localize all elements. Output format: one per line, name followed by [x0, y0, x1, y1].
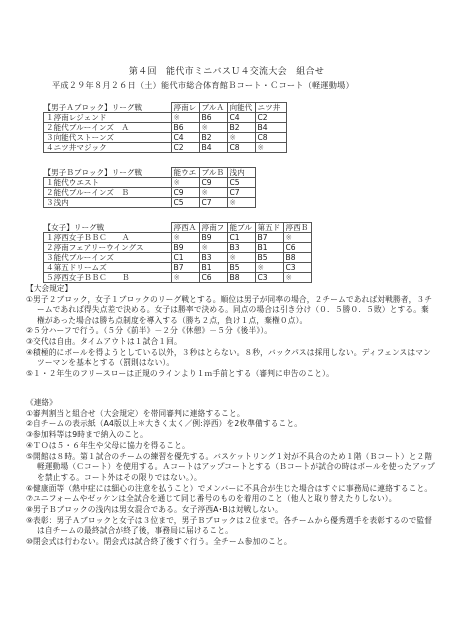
document-title: 第４回 能代市ミニバスＵ４交流大会 組合せ — [0, 64, 453, 77]
contact-heading: 《連絡》 — [26, 398, 436, 409]
cell: ※ — [199, 243, 227, 253]
rules-heading: 【大会規定】 — [26, 284, 434, 295]
rule-item: ⑤１・２年生のフリースローは正規のラインより１ｍ手前とする（審判に申告のこと）。 — [26, 369, 434, 380]
column-header: 能ウエ — [171, 168, 199, 178]
table-row: ３浅内 C5 C7 ※ — [44, 198, 256, 208]
cell: C4 — [227, 113, 255, 123]
column-header: 第五ド — [255, 223, 283, 233]
team-name: １渟南レジェンド — [44, 113, 172, 123]
cell: B5 — [255, 253, 283, 263]
team-name: ２能代ブルーインズ Ａ — [44, 123, 172, 133]
cell: B7 — [171, 263, 199, 273]
team-name: ５渟西女子ＢＢＣ Ｂ — [44, 273, 172, 283]
table-row: ５渟西女子ＢＢＣ Ｂ ※ C6 B8 C3 ※ — [44, 273, 312, 283]
cell: B4 — [199, 143, 227, 153]
cell: ※ — [171, 233, 199, 243]
table-label: 【男子Ａブロック】リーグ戦 — [44, 103, 172, 113]
team-name: １能代ウエスト — [44, 178, 172, 188]
cell: ※ — [171, 273, 199, 283]
cell: B3 — [199, 253, 227, 263]
contact-item: ⑥健康面等（熱中症には細心の注意を払うこと）でメンバーに不具合が生じた場合はすぐ… — [26, 484, 436, 495]
table-label: 【女子】リーグ戦 — [44, 223, 172, 233]
cell: C5 — [171, 198, 199, 208]
contact-item: ②自チームの表示紙（A4版以上＊大きく太く／例:渟西）を2枚準備すること。 — [26, 419, 436, 430]
girls-table: 【女子】リーグ戦 渟西Ａ 渟南フ 能ブル 第五ド 渟西Ｂ １渟西女子ＢＢＣ Ａ … — [43, 222, 312, 283]
contact-item: ⑦ユニフォームやゼッケンは全試合を通じて同じ番号のものを着用のこと（他人と取り替… — [26, 494, 436, 505]
table-row: １渟西女子ＢＢＣ Ａ ※ B9 C1 B7 ※ — [44, 233, 312, 243]
table-row: １能代ウエスト ※ C9 C5 — [44, 178, 256, 188]
table-row: ２渟南フェアリーウイングス B9 ※ B3 B1 C6 — [44, 243, 312, 253]
cell: C1 — [227, 233, 255, 243]
cell: B9 — [171, 243, 199, 253]
team-name: ３能代ブルーインズ — [44, 253, 172, 263]
cell: B3 — [227, 243, 255, 253]
table-row: ２能代ブルーインズ Ａ B6 ※ B2 B4 — [44, 123, 287, 133]
cell: B9 — [199, 233, 227, 243]
cell: C6 — [283, 243, 311, 253]
cell: C2 — [255, 113, 286, 123]
column-header: 能ブル — [227, 223, 255, 233]
contact-item: ③参加料等は9時まで納入のこと。 — [26, 430, 436, 441]
cell: B7 — [255, 233, 283, 243]
cell: B1 — [255, 243, 283, 253]
document-subtitle: 平成２９年８月２６日（土）能代市総合体育館Ｂコート・Ｃコート（軽運動場） — [52, 80, 354, 91]
boys-b-table: 【男子Ｂブロック】リーグ戦 能ウエ ブルＢ 浅内 １能代ウエスト ※ C9 C5… — [43, 167, 256, 208]
cell: C8 — [255, 133, 286, 143]
column-header: 渟南フ — [199, 223, 227, 233]
cell: C9 — [171, 188, 199, 198]
cell: ※ — [171, 113, 199, 123]
team-name: ２渟南フェアリーウイングス — [44, 243, 172, 253]
contact-item: ⑤開館は８時。第１試合のチームの練習を優先する。バスケットリング１対が不具合のた… — [26, 452, 436, 484]
cell: C5 — [227, 178, 255, 188]
cell: B1 — [199, 263, 227, 273]
cell: B6 — [199, 113, 227, 123]
cell: C9 — [199, 178, 227, 188]
tournament-rules: 【大会規定】 ①男子２ブロック，女子１ブロックのリーグ戦とする。順位は男子が同率… — [26, 284, 434, 379]
cell: B6 — [171, 123, 199, 133]
contact-item: ⑧男子Ｂブロックの浅内は男女混合である。女子渟西A･Bは対戦しない。 — [26, 505, 436, 516]
column-header: ブルＡ — [199, 103, 227, 113]
column-header: 渟西Ａ — [171, 223, 199, 233]
contact-item: ④ＴＯは５・６年生や父母に協力を得ること。 — [26, 441, 436, 452]
cell: ※ — [199, 188, 227, 198]
cell: C3 — [283, 263, 311, 273]
cell: ※ — [227, 133, 255, 143]
team-name: ３浅内 — [44, 198, 172, 208]
cell: ※ — [227, 198, 255, 208]
cell: B2 — [199, 133, 227, 143]
column-header: 浅内 — [227, 168, 255, 178]
table-row: ４第五ドリームズ B7 B1 B5 ※ C3 — [44, 263, 312, 273]
cell: C7 — [227, 188, 255, 198]
cell: ※ — [283, 273, 311, 283]
contact-item: ①審判割当と組合せ（大会規定）を帯同審判に連絡すること。 — [26, 409, 436, 420]
table-label: 【男子Ｂブロック】リーグ戦 — [44, 168, 172, 178]
cell: B8 — [227, 273, 255, 283]
cell: B4 — [255, 123, 286, 133]
cell: ※ — [227, 253, 255, 263]
team-name: ２能代ブルーインズ Ｂ — [44, 188, 172, 198]
boys-a-table: 【男子Ａブロック】リーグ戦 渟南レ ブルＡ 向能代 ニツ井 １渟南レジェンド ※… — [43, 102, 287, 153]
contact-notes: 《連絡》 ①審判割当と組合せ（大会規定）を帯同審判に連絡すること。 ②自チームの… — [26, 398, 436, 548]
cell: C6 — [199, 273, 227, 283]
contact-item: ⑨表彰：男子Ａブロックと女子は３位まで，男子Ｂブロックは２位まで。各チームから優… — [26, 516, 436, 537]
cell: C8 — [227, 143, 255, 153]
column-header: 向能代 — [227, 103, 255, 113]
column-header: 渟南レ — [171, 103, 199, 113]
cell: C4 — [171, 133, 199, 143]
rule-item: ①男子２ブロック，女子１ブロックのリーグ戦とする。順位は男子が同率の場合，２チー… — [26, 295, 434, 327]
cell: ※ — [255, 143, 286, 153]
cell: C7 — [199, 198, 227, 208]
cell: ※ — [283, 233, 311, 243]
cell: B5 — [227, 263, 255, 273]
cell: ※ — [255, 263, 283, 273]
table-row: １渟南レジェンド ※ B6 C4 C2 — [44, 113, 287, 123]
cell: B2 — [227, 123, 255, 133]
rule-item: ④積極的にボールを得ようとしている以外，３秒はとらない。８秒，バックパスは採用し… — [26, 348, 434, 369]
table-row: ３向能代ストーンズ C4 B2 ※ C8 — [44, 133, 287, 143]
table-row: ３能代ブルーインズ C1 B3 ※ B5 B8 — [44, 253, 312, 263]
table-row: ２能代ブルーインズ Ｂ C9 ※ C7 — [44, 188, 256, 198]
column-header: ニツ井 — [255, 103, 286, 113]
column-header: ブルＢ — [199, 168, 227, 178]
cell: ※ — [171, 178, 199, 188]
cell: C2 — [171, 143, 199, 153]
team-name: ３向能代ストーンズ — [44, 133, 172, 143]
contact-item: ⑩閉会式は行わない。閉会式は試合終了後すぐ行う。全チーム参加のこと。 — [26, 537, 436, 548]
cell: C3 — [255, 273, 283, 283]
team-name: １渟西女子ＢＢＣ Ａ — [44, 233, 172, 243]
table-row: ４ニツ井マジック C2 B4 C8 ※ — [44, 143, 287, 153]
cell: ※ — [199, 123, 227, 133]
team-name: ４ニツ井マジック — [44, 143, 172, 153]
column-header: 渟西Ｂ — [283, 223, 311, 233]
rule-item: ③交代は自由。タイムアウトは１試合１回。 — [26, 337, 434, 348]
team-name: ４第五ドリームズ — [44, 263, 172, 273]
cell: C1 — [171, 253, 199, 263]
rule-item: ②５分ハーフで行う。（５分《前半》－２分《休憩》－５分《後半》）。 — [26, 326, 434, 337]
cell: B8 — [283, 253, 311, 263]
